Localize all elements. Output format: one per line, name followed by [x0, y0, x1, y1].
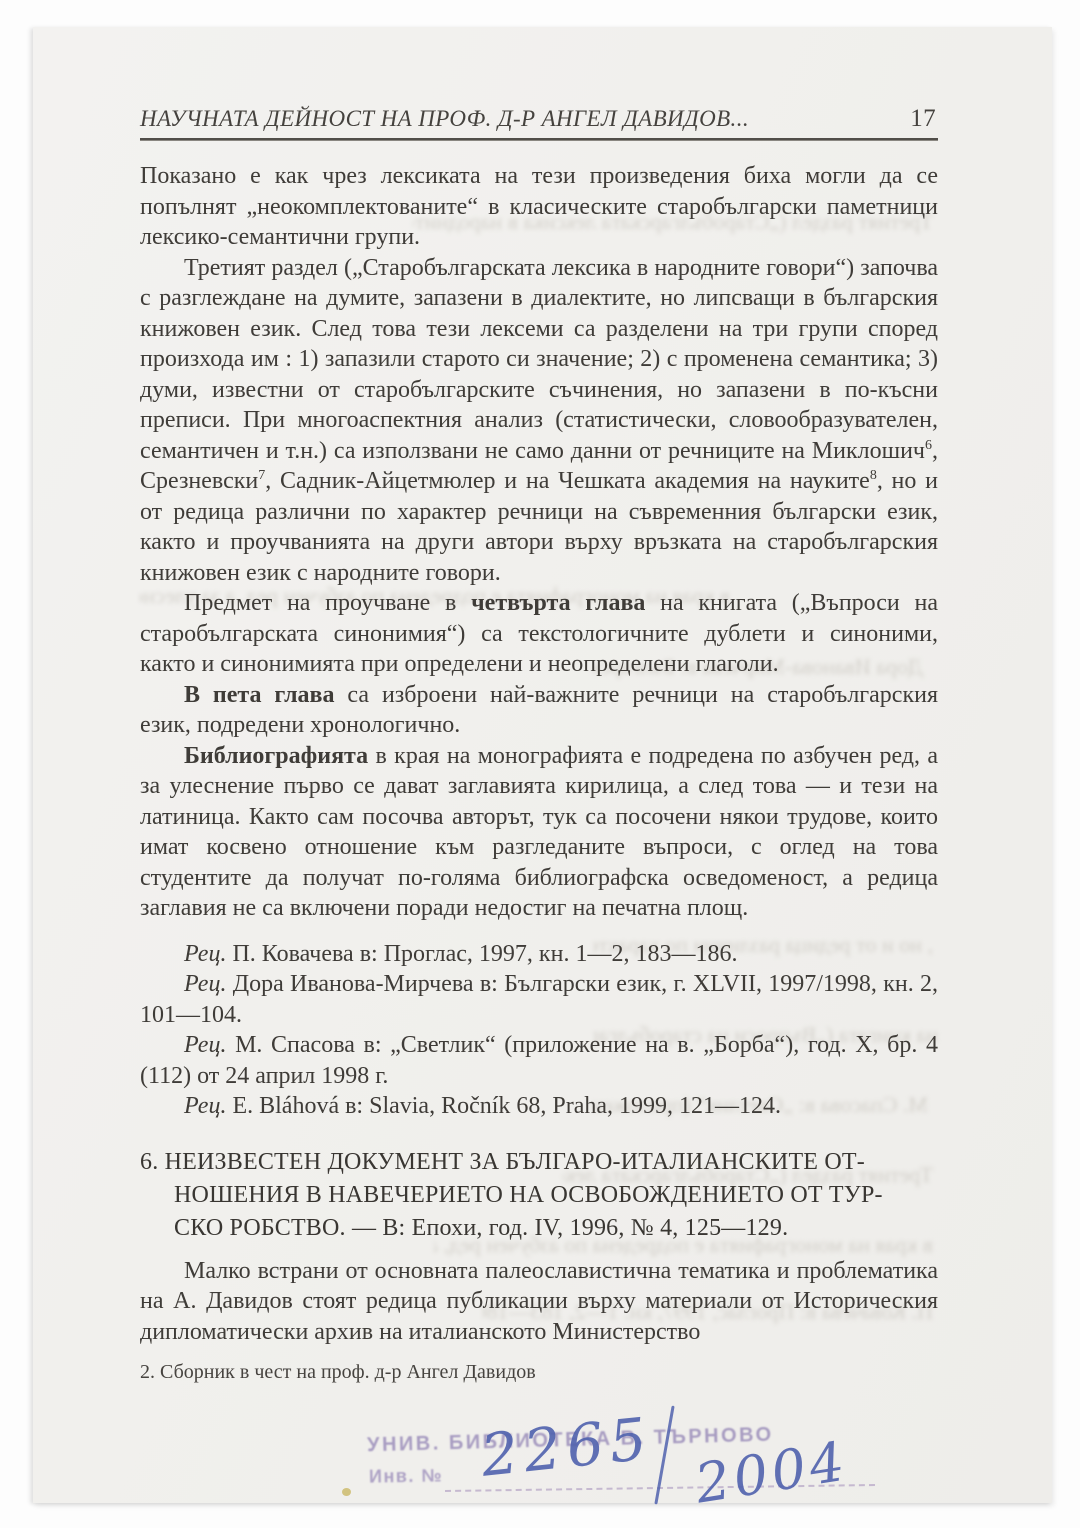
running-header-title: НАУЧНАТА ДЕЙНОСТ НА ПРОФ. Д-Р АНГЕЛ ДАВИ…	[140, 105, 749, 133]
paragraph: Библиографията в края на монографията е …	[140, 741, 938, 924]
paper-stain-dot	[342, 1488, 351, 1496]
running-header: НАУЧНАТА ДЕЙНОСТ НА ПРОФ. Д-Р АНГЕЛ ДАВИ…	[140, 105, 938, 133]
paragraph: Малко встрани от основната палеослависти…	[140, 1256, 938, 1348]
bold-bibliography-ref: Библиографията	[184, 743, 368, 769]
reference-entry: Рец. П. Ковачева в: Проглас, 1997, кн. 1…	[140, 939, 938, 970]
review-references: Рец. П. Ковачева в: Проглас, 1997, кн. 1…	[140, 939, 938, 1122]
text-column: НАУЧНАТА ДЕЙНОСТ НА ПРОФ. Д-Р АНГЕЛ ДАВИ…	[140, 27, 938, 1384]
body-text: Показано е как чрез лексиката на тези пр…	[140, 161, 938, 924]
handwritten-inventory-number: 2265	[478, 1404, 656, 1490]
footnote-marker-8: 8	[870, 468, 877, 483]
reference-entry: Рец. E. Bláhová в: Slavia, Ročník 68, Pr…	[140, 1091, 938, 1122]
page-number: 17	[910, 105, 938, 133]
paragraph: Показано е как чрез лексиката на тези пр…	[140, 161, 938, 253]
review-label: Рец.	[184, 971, 226, 997]
bold-chapter-ref: В пета глава	[184, 682, 335, 708]
reference-entry: Рец. Дора Иванова-Мирчева в: Български е…	[140, 969, 938, 1030]
review-label: Рец.	[184, 941, 226, 967]
scanner-background: Третият раздел („Старобългарската лексик…	[0, 0, 1080, 1528]
book-page: Третият раздел („Старобългарската лексик…	[33, 27, 1052, 1503]
stamp-inventory-label: Инв. №	[369, 1465, 443, 1487]
footnote-marker-6: 6	[925, 438, 932, 453]
paragraph: Предмет на проучване в четвърта глава на…	[140, 588, 938, 680]
reference-entry: Рец. М. Спасова в: „Светлик“ (приложение…	[140, 1030, 938, 1091]
handwritten-slash	[654, 1405, 674, 1504]
library-stamp: УНИВ. БИБЛИОТЕКА В. ТЪРНОВО Инв. № 2265 …	[333, 1419, 1013, 1524]
header-rule	[140, 138, 938, 141]
review-label: Рец.	[184, 1032, 226, 1058]
bold-chapter-ref: четвърта глава	[471, 590, 645, 616]
review-label: Рец.	[184, 1093, 226, 1119]
paragraph: В пета глава са изброени най-важните реч…	[140, 680, 938, 741]
closing-paragraph: Малко встрани от основната палеослависти…	[140, 1256, 938, 1348]
section-heading-6: 6. НЕИЗВЕСТЕН ДОКУМЕНТ ЗА БЪЛГАРО-ИТАЛИА…	[140, 1146, 938, 1245]
page-footnote: 2. Сборник в чест на проф. д-р Ангел Дав…	[140, 1360, 938, 1384]
paragraph: Третият раздел („Старобългарската лексик…	[140, 253, 938, 589]
